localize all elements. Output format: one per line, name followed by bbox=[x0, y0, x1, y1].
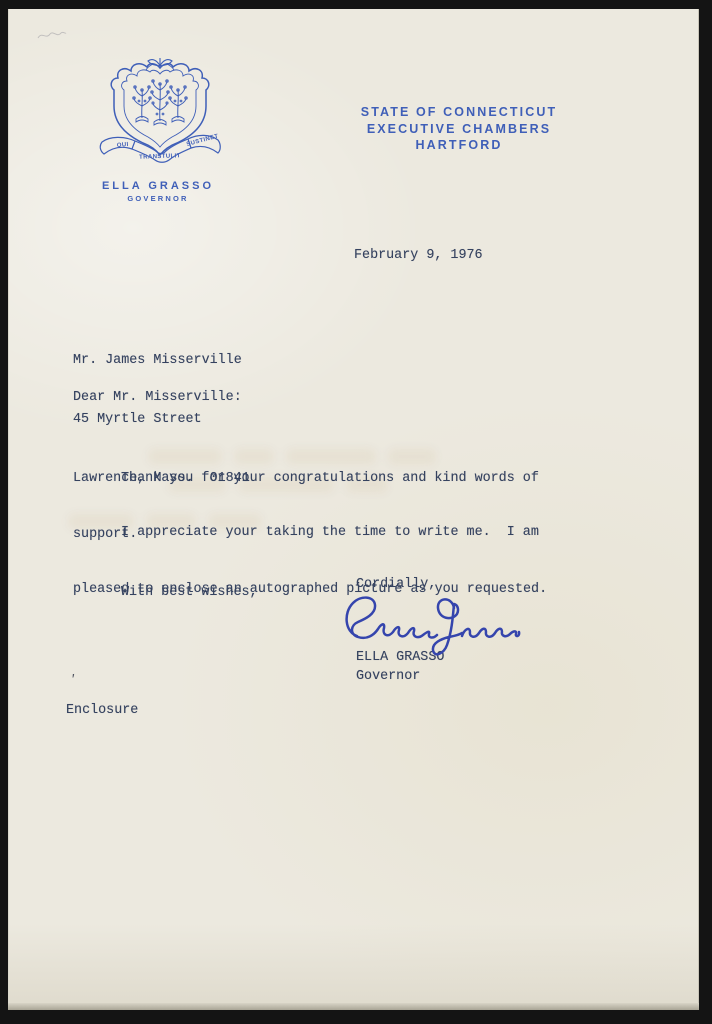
letterhead-sender-name: ELLA GRASSO bbox=[83, 180, 233, 192]
letter-paper: QUI TRANSTULIT SUSTINET ELLA GRASSO GOVE… bbox=[8, 9, 699, 1003]
body-line: I appreciate your taking the time to wri… bbox=[73, 523, 547, 542]
pencil-scribble bbox=[37, 29, 67, 43]
paper-bottom-edge bbox=[8, 1003, 699, 1010]
closing-line: Cordially, bbox=[356, 577, 436, 592]
enclosure-note: Enclosure bbox=[66, 703, 138, 718]
body-line: With best wishes, bbox=[73, 583, 258, 602]
handwritten-signature: Ella Grasso bbox=[341, 591, 523, 669]
recipient-name: Mr. James Misserville bbox=[73, 351, 250, 371]
office-line-2: EXECUTIVE CHAMBERS bbox=[329, 121, 589, 138]
letterhead-sender-title: GOVERNOR bbox=[83, 194, 233, 203]
office-line-3: HARTFORD bbox=[329, 137, 589, 154]
motto-word-qui: QUI bbox=[117, 142, 129, 149]
state-seal-icon: QUI TRANSTULIT SUSTINET bbox=[97, 56, 223, 168]
date-line: February 9, 1976 bbox=[354, 248, 483, 263]
body-paragraph: With best wishes, bbox=[73, 545, 258, 640]
stray-ink-mark: ’ bbox=[70, 673, 79, 686]
letterhead-office-block: STATE OF CONNECTICUT EXECUTIVE CHAMBERS … bbox=[329, 104, 589, 154]
motto-word-transtulit: TRANSTULIT bbox=[139, 153, 181, 160]
scan-background: { "scan": { "background_color": "#141414… bbox=[0, 0, 712, 1024]
office-line-1: STATE OF CONNECTICUT bbox=[329, 104, 589, 121]
recipient-street: 45 Myrtle Street bbox=[73, 410, 250, 430]
typed-signer-title: Governor bbox=[356, 669, 420, 684]
salutation: Dear Mr. Misserville: bbox=[73, 390, 242, 405]
